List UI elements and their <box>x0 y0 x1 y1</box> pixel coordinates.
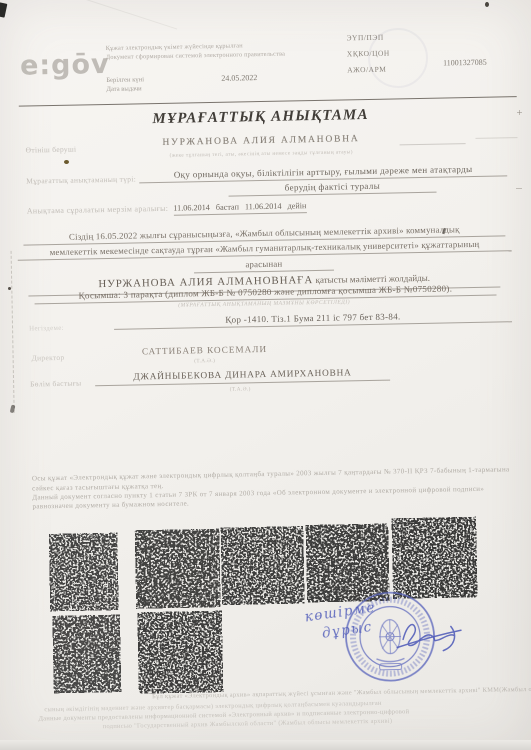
barcode-block-5 <box>392 517 478 599</box>
signature-graphics-layer <box>0 0 531 750</box>
barcode-block-1 <box>49 533 118 611</box>
handwritten-signature <box>397 624 462 652</box>
barcode-block-3 <box>221 526 304 605</box>
margin-dot <box>8 287 11 290</box>
scan-tilt-layer: e:gōv Құжат электрондық үкімет жүйесінде… <box>0 0 531 750</box>
stamp-bleedthrough <box>368 28 428 88</box>
barcode-block-2 <box>135 529 220 609</box>
scanned-archival-certificate: e:gōv Құжат электрондық үкімет жүйесінде… <box>0 0 531 750</box>
margin-mark <box>519 110 520 115</box>
barcode-block-6 <box>53 615 121 693</box>
scan-speck <box>485 2 489 7</box>
barcode-block-7 <box>138 611 224 694</box>
margin-mark <box>516 188 522 189</box>
paper-speck <box>64 160 69 164</box>
barcode-block-4 <box>306 524 389 603</box>
scan-bottom-edge <box>0 740 531 750</box>
